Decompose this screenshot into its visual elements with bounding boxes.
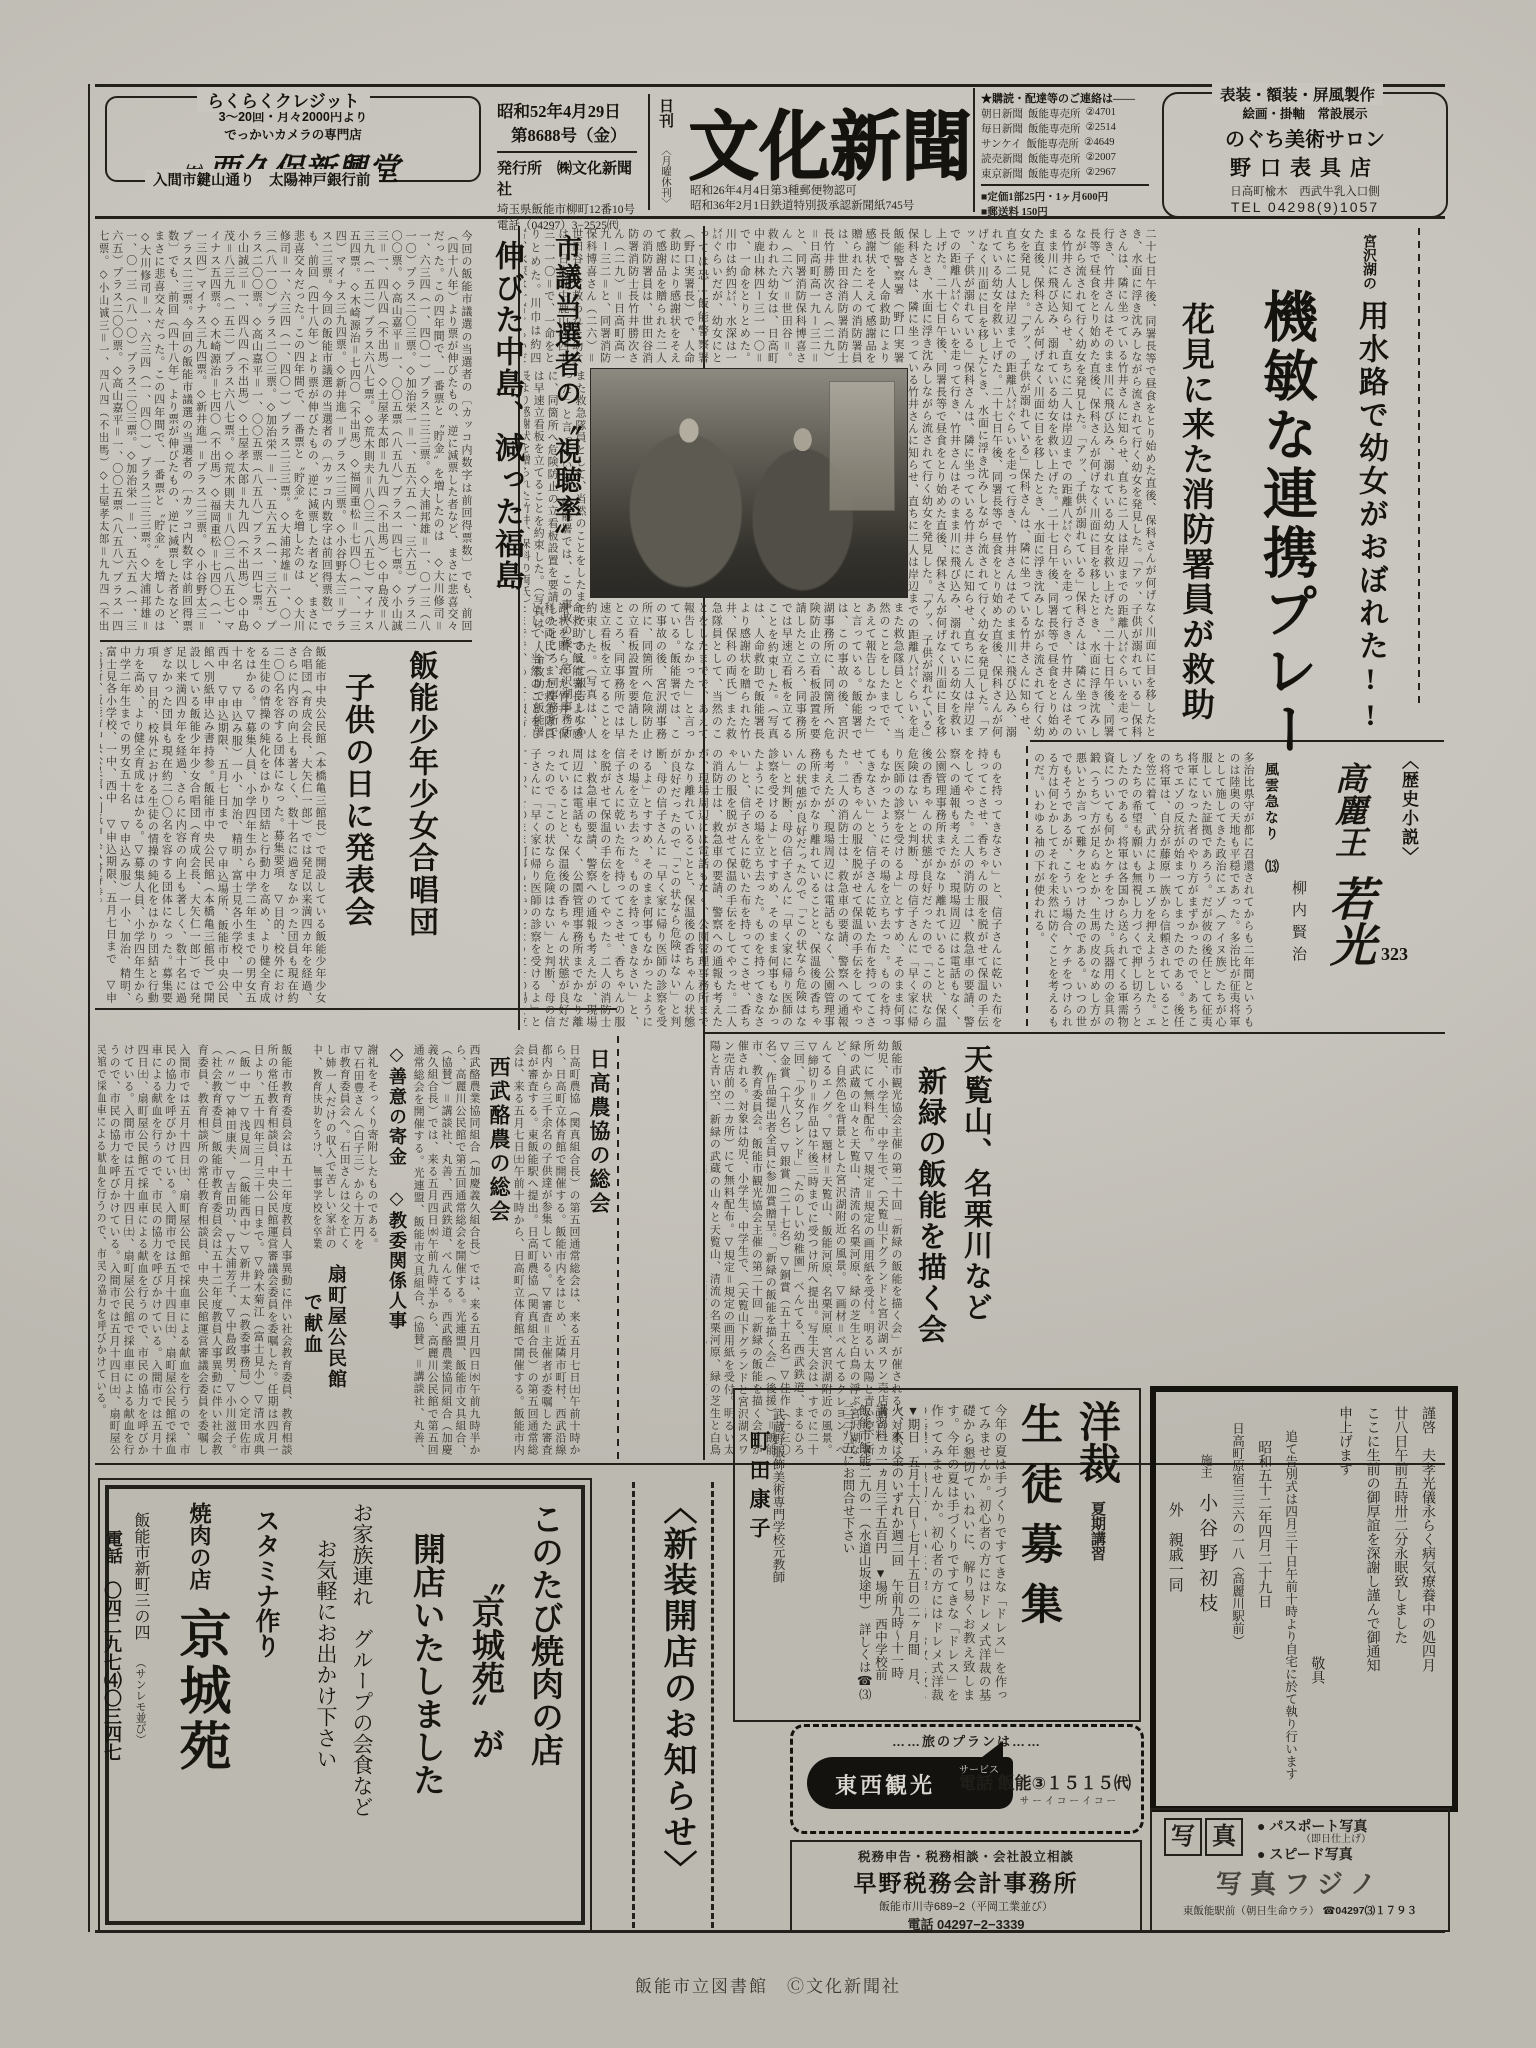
photo-studio-phone: ☎04297⑶１７９３: [1322, 1905, 1417, 1917]
yakiniku-tagline: スタミナ作り: [247, 1502, 283, 1908]
yakiniku-invite-1: お家族連れ グループの会食など: [347, 1502, 377, 1908]
daily-label: 日刊 〈月曜休刊〉: [655, 98, 676, 212]
agent-name: 飯能専売所: [1028, 166, 1081, 181]
serial-novel-genre: 〈歴史小説〉: [1396, 752, 1421, 866]
obituary-line: 謹啓 夫孝光儀永らく病気療養中の処四月: [1416, 1406, 1438, 1792]
permit-line2: 昭和36年2月1日鉄道特別扱承認新聞紙745号: [690, 199, 914, 214]
lead-headline: 機敏な連携プレー: [1246, 288, 1325, 760]
section-rule: [1030, 740, 1444, 742]
photo-studio-name: 写真フジノ: [1152, 1864, 1448, 1901]
obituary-line: 廿八日午前五時卅二分永眠致しました: [1389, 1406, 1411, 1792]
yakiniku-notice-1: このたび焼肉の店: [521, 1502, 568, 1908]
seibu-dairy-headline: 西武酪農の総会: [484, 1056, 514, 1224]
notice-dashed-rule-left: [632, 1482, 635, 1928]
subscription-row: 読売新聞飯能専売所②2007: [981, 151, 1157, 166]
sketch-headline-1: 天覧山、名栗川など: [956, 1044, 997, 1323]
personnel-headline: ◇教委関係人事: [384, 1188, 410, 1331]
art-salon-ad: 表装・額装・屏風製作 絵画・掛軸 常設展示 のぐち美術サロン 野口表具店 日高町…: [1162, 92, 1448, 218]
travel-name: 東西観光: [835, 1769, 935, 1800]
novel-title-large: 若光: [1324, 875, 1375, 967]
yakiniku-invite-2: お気軽にお出かけ下さい: [311, 1502, 341, 1908]
price-line2: ■郵送料 150円: [981, 204, 1157, 219]
obituary-mourner: 施主 小谷野初枝: [1192, 1406, 1221, 1792]
dressmaking-teacher-name: 町田康子: [743, 1430, 773, 1546]
personnel-body: 飯能市教育委員会は五十二年度教員人事異動に伴い社会教育委員、教育相談所の常任教育…: [196, 1044, 292, 1456]
photo-services: ● パスポート写真 （即日仕上げ） ● スピード写真: [1257, 1818, 1371, 1862]
choir-headline-2: 子供の日に発表会: [334, 672, 378, 928]
yakiniku-notice-3: 開店いたしました: [403, 1502, 450, 1908]
mourner-label: 施主: [1199, 1454, 1213, 1478]
tax-address: 飯能市川寺689−2（平岡工業並び）: [792, 1898, 1140, 1914]
service-passport-note: （即日仕上げ）: [1257, 1834, 1371, 1846]
yakiniku-address-main: 飯能市新町三の四: [132, 1512, 149, 1640]
tax-name: 早野税務会計事務所: [792, 1865, 1140, 1898]
photo-studio-ad: 写 真 ● パスポート写真 （即日仕上げ） ● スピード写真 写真フジノ 東飯能…: [1150, 1808, 1450, 1932]
yakiniku-phone-number: 〇四二九七⑷〇三四七: [102, 1581, 122, 1761]
opening-notice-heading-block: 〈新装開店のお知らせ〉: [630, 1482, 716, 1928]
serial-novel-author: 柳内賢治: [1288, 880, 1309, 968]
yakiniku-phone-label: 電話: [103, 1530, 122, 1564]
obituary-date: 昭和五十二年四月二十九日: [1253, 1406, 1275, 1792]
yakiniku-ad: このたび焼肉の店 〝京城苑〟が 開店いたしました お家族連れ グループの会食など…: [98, 1478, 592, 1932]
publisher: 発行所 ㈱文化新聞社: [497, 157, 645, 199]
agent-name: 飯能専売所: [1028, 121, 1081, 136]
blood-drive-headline-1: 扇町屋公民館: [322, 1264, 349, 1390]
obituary-line: ここに生前の御厚誼を深謝し謹んで御通知: [1361, 1406, 1383, 1792]
serial-novel-body: 多治比県守が都に召還されてからも二年間というものは陸奥の天地も平穏であった。多治…: [1032, 752, 1254, 1028]
daily-sub: 〈月曜休刊〉: [660, 145, 671, 208]
agent-tel: ②4649: [1084, 136, 1114, 151]
price-line1: ■定価1部25円・1ヶ月600円: [981, 189, 1157, 204]
subscription-row: 毎日新聞飯能専売所②2514: [981, 121, 1157, 136]
travel-phone: 電話 飯能③１５１５㈹: [959, 1769, 1131, 1794]
obituary-others: 外 親戚一同: [1162, 1406, 1185, 1792]
left-edge-rule: [88, 84, 90, 1932]
camera-ad-address: 入間市鍵山通り 太陽神戸銀行前: [145, 169, 379, 190]
service-speed: ● スピード写真: [1257, 1846, 1371, 1862]
council-headline-2: 伸びた中島、減った福島: [484, 240, 528, 592]
agent-tel: ②2967: [1086, 166, 1116, 181]
art-salon-label: 表装・額装・屏風製作: [1212, 83, 1383, 105]
council-body: 今回の飯能市議選の当選者の〔カッコ内数字は前回得票数〕でも、前回（四十八年）より…: [100, 230, 472, 632]
daily-main: 日刊: [657, 98, 673, 128]
lead-kicker: 用水路で幼女がおぼれた!!: [1348, 300, 1392, 735]
paper-name: 毎日新聞: [981, 121, 1023, 136]
sketch-headline-2: 新緑の飯能を描く会: [910, 1066, 951, 1345]
dressmaking-title-2: 生徒募集: [1009, 1402, 1069, 1642]
lead-body: また救急隊員として、当然のことをしたまでで、あえて報告しなかった」と言っている。…: [524, 602, 904, 740]
newspaper-page: らくらくクレジット 3〜20回・月々2000円より でっかいカメラの専門店 ㈲ …: [0, 0, 1536, 2048]
art-salon-line2: 絵画・掛軸 常設展示: [1164, 104, 1446, 122]
service-passport: ● パスポート写真: [1257, 1818, 1371, 1834]
blood-drive-body: 入間市では五月十四日㈯、扇町屋公民館で採血車による献血を行うので、市民の協力を呼…: [98, 1044, 190, 1456]
dressmaking-title-1: 洋裁: [1074, 1400, 1121, 1484]
masthead: 文化新聞: [688, 86, 972, 195]
tax-office-ad: 税務申告・税務相談・会社設立相談 早野税務会計事務所 飯能市川寺689−2（平岡…: [790, 1840, 1142, 1932]
camera-ad-line2: でっかいカメラの専門店: [107, 125, 479, 143]
dressmaking-details: ▼期日 五月十六日〜七月十五日の二ヶ月間 月、火、木、金のいずれか週二回 午前九…: [803, 1404, 921, 1702]
dressmaking-title-1-sub: 夏期講習: [1089, 1501, 1106, 1561]
tax-services: 税務申告・税務相談・会社設立相談: [792, 1847, 1140, 1865]
permit-lines: 昭和26年4月4日第3種郵便物認可 昭和36年2月1日鉄道特別扱承認新聞紙745…: [690, 184, 914, 214]
dressmaking-body: 今年の夏は手づくりですてきな「ドレス」を作ってみませんか。初心者の方にはドレメ式…: [925, 1404, 1007, 1702]
yakiniku-content: このたび焼肉の店 〝京城苑〟が 開店いたしました お家族連れ グループの会食など…: [122, 1502, 568, 1908]
agent-tel: ②2514: [1086, 121, 1116, 136]
donation-personnel-body: 謝礼をそっくり寄附したものである。▽石田豊さん（白子三）から十万円を市教育委員会…: [314, 1044, 378, 1250]
art-salon-name2: 野口表具店: [1164, 152, 1446, 182]
subscription-row: サンケイ飯能専売所②4649: [981, 136, 1157, 151]
camera-ad-title: らくらくクレジット: [197, 87, 370, 112]
lead-kicker-small: 宮沢湖の: [1358, 234, 1378, 296]
dressmaking-ad: 洋裁 夏期講習 生徒募集 今年の夏は手づくりですてきな「ドレス」を作ってみません…: [733, 1388, 1141, 1722]
paper-name: 読売新聞: [981, 151, 1023, 166]
seibu-dairy-body: 西武酪農業協同組合（加慶義久組合長）では、来る五月四日㈬午前九時半から、高麗川公…: [414, 1044, 480, 1456]
issue-block: 昭和52年4月29日 第8688号（金） 発行所 ㈱文化新聞社 埼玉県飯能市柳町…: [497, 98, 645, 233]
subscription-divider: [981, 184, 1149, 186]
agent-tel: ②2007: [1086, 151, 1116, 166]
blood-drive-headline-2: で献血: [298, 1292, 325, 1355]
obituary-content: 謹啓 夫孝光儀永らく病気療養中の処四月 廿八日午前五時卅二分永眠致しました ここ…: [1170, 1406, 1438, 1792]
art-salon-name1: のぐち美術サロン: [1164, 123, 1446, 152]
hidaka-coop-headline: 日高農協の総会: [584, 1048, 614, 1216]
lead-subhead: 花見に来た消防署員が救助: [1172, 302, 1219, 722]
opening-notice-heading: 〈新装開店のお知らせ〉: [652, 1490, 701, 1886]
dashed-column-rule: [1026, 746, 1028, 1030]
agent-tel: ②4701: [1086, 106, 1116, 121]
dashed-column-rule: [617, 1036, 619, 1460]
column-rule: [648, 94, 650, 210]
yakiniku-phone: 電話 〇四二九七⑷〇三四七: [99, 1502, 125, 1908]
section-rule: [100, 640, 472, 642]
mourner-name: 小谷野初枝: [1196, 1493, 1217, 1618]
travel-phone-kana: サーイコーイコー: [1020, 1793, 1119, 1807]
airplane-tail-fin: [977, 1741, 1003, 1761]
lead-body: ものを持ってきなさい」と、信子さんに乾いた布を持ってこさせ、香ちゃんの服を脱がせ…: [524, 748, 1002, 1028]
obituary-address: 日高町原宿三三六の一八（高麗川駅前）: [1227, 1406, 1246, 1792]
issue-divider: [497, 151, 637, 153]
paper-name: 朝日新聞: [981, 106, 1023, 121]
yakiniku-shop-type: 焼肉の店: [187, 1502, 212, 1590]
choir-body: 飯能市中央公民館（本橋亀三館長）で開設している飯能少年少女合唱団（育成会長、大矢…: [100, 646, 326, 1004]
yakiniku-shop-name: 焼肉の店 京城苑: [162, 1502, 237, 1908]
tax-phone: 電話 04297−2−3339: [792, 1914, 1140, 1933]
subscription-row: 朝日新聞飯能専売所②4701: [981, 106, 1157, 121]
travel-ad: ……旅のプランは…… 東西観光 サービス 電話 飯能③１５１５㈹ サーイコーイコ…: [790, 1724, 1144, 1834]
photo-logo-box-1: 写: [1164, 1818, 1202, 1856]
library-credit-line: 飯能市立図書館 Ⓒ文化新聞社: [0, 1972, 1536, 1997]
photo-studio-top-row: 写 真 ● パスポート写真 （即日仕上げ） ● スピード写真: [1152, 1810, 1448, 1862]
subscription-row: 東京新聞飯能専売所②2967: [981, 166, 1157, 181]
photo-studio-footer: 東飯能駅前（朝日生命ウラ） ☎04297⑶１７９３: [1152, 1903, 1448, 1918]
news-photo: [590, 368, 908, 598]
donation-headline: ◇善意の寄金: [384, 1044, 410, 1167]
novel-title-small: 高麗王: [1331, 762, 1367, 858]
agent-name: 飯能専売所: [1027, 136, 1080, 151]
subscription-box: ★購読・配達等のご連絡は—— 朝日新聞飯能専売所②4701 毎日新聞飯能専売所②…: [973, 88, 1157, 212]
agent-name: 飯能専売所: [1028, 151, 1081, 166]
yakiniku-notice-2: 〝京城苑〟が: [462, 1502, 509, 1908]
serial-novel-chapter: 風雲急なり ⒀: [1260, 762, 1280, 875]
yakiniku-name: 京城苑: [171, 1607, 228, 1775]
serial-novel-title: 高麗王 若光: [1316, 762, 1382, 967]
art-salon-tel: TEL 04298(9)1057: [1164, 199, 1446, 215]
yakiniku-address: 飯能市新町三の四 （サンレモ並び）: [129, 1502, 152, 1908]
council-headline-1: 市議当選者の〝視聴率〟: [547, 234, 586, 553]
paper-name: サンケイ: [981, 136, 1022, 151]
agent-name: 飯能専売所: [1028, 106, 1081, 121]
serial-novel-installment: 323: [1381, 944, 1408, 965]
issue-number: 第8688号（金）: [497, 122, 645, 146]
travel-tagline: ……旅のプランは……: [793, 1731, 1141, 1750]
section-rule: [703, 1032, 1445, 1034]
photo-logo-box-2: 真: [1205, 1818, 1243, 1856]
display-case: [829, 381, 895, 511]
dressmaking-title-col: 洋裁 夏期講習: [1067, 1400, 1127, 1700]
paper-name: 東京新聞: [981, 166, 1023, 181]
publisher-address: 埼玉県飯能市柳町12番10号: [497, 201, 645, 217]
subscription-title: ★購読・配達等のご連絡は——: [981, 90, 1157, 106]
photo-studio-address: 東飯能駅前（朝日生命ウラ）: [1183, 1905, 1320, 1917]
obituary-note: 追て告別式は四月三十日午前十時より自宅に於て執り行います: [1280, 1406, 1299, 1792]
yakiniku-address-note: （サンレモ並び）: [134, 1657, 146, 1745]
camera-shop-ad: らくらくクレジット 3〜20回・月々2000円より でっかいカメラの専門店 ㈲ …: [105, 96, 481, 182]
choir-headline-1: 飯能少年少女合唱団: [398, 650, 442, 938]
dashed-column-rule: [1418, 228, 1420, 706]
obituary-closing: 敬具: [1306, 1406, 1328, 1792]
obituary-line: 申上げます: [1333, 1406, 1355, 1792]
permit-line1: 昭和26年4月4日第3種郵便物認可: [690, 184, 914, 199]
issue-date: 昭和52年4月29日: [497, 98, 645, 122]
art-salon-address: 日高町楡木 西武牛乳入口側: [1164, 183, 1446, 199]
notice-dashed-rule-right: [711, 1482, 714, 1928]
lead-body: 二十七日午後、同署長等で昼食をとり始めた直後、保科さんが何げなく川面に目を移した…: [908, 228, 1156, 738]
obituary-notice: 謹啓 夫孝光儀永らく病気療養中の処四月 廿八日午前五時卅二分永眠致しました ここ…: [1150, 1386, 1458, 1812]
hidaka-coop-body: 日高町農協（関真組合長）の第五回通常総会は、来る五月七日㈯午前十時から、日高町立…: [514, 1044, 580, 1456]
